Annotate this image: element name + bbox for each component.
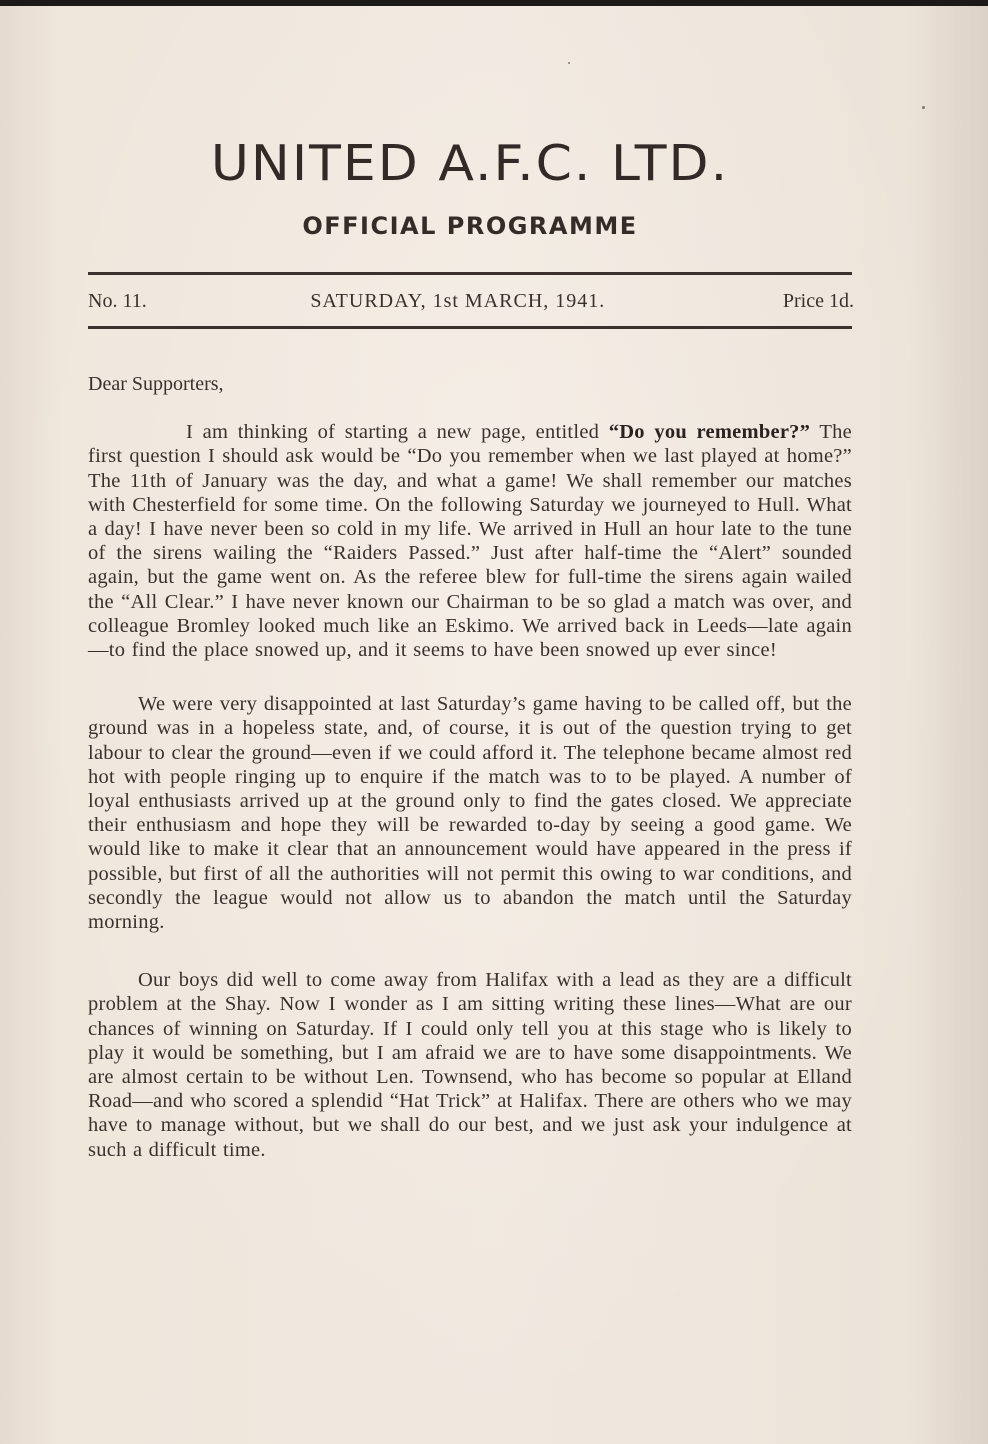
issue-line: No. 11. SATURDAY, 1st MARCH, 1941. Price… [88,290,854,313]
paragraph-2: We were very disappointed at last Saturd… [88,692,852,934]
paragraph-1-intro: I am thinking of starting a new page, en… [186,421,609,443]
paragraph-1-rest: The first question I should ask would be… [88,421,852,661]
issue-price: Price 1d. [783,290,854,313]
paragraph-1: I am thinking of starting a new page, en… [88,420,852,662]
club-title: UNITED A.F.C. LTD. [0,136,940,193]
header-rule-top [88,272,852,275]
programme-subtitle: OFFICIAL PROGRAMME [0,212,940,240]
header-rule-bottom [88,326,852,329]
paragraph-1-bold: “Do you remember?” [609,421,810,443]
issue-number: No. 11. [88,290,147,313]
salutation: Dear Supporters, [88,372,852,396]
paper-speck [922,106,925,109]
issue-date: SATURDAY, 1st MARCH, 1941. [310,290,605,313]
letter-body: Dear Supporters, I am thinking of starti… [88,372,852,1188]
paragraph-3: Our boys did well to come away from Hali… [88,968,852,1162]
paper-speck [568,62,570,64]
programme-page: UNITED A.F.C. LTD. OFFICIAL PROGRAMME No… [0,6,988,1444]
